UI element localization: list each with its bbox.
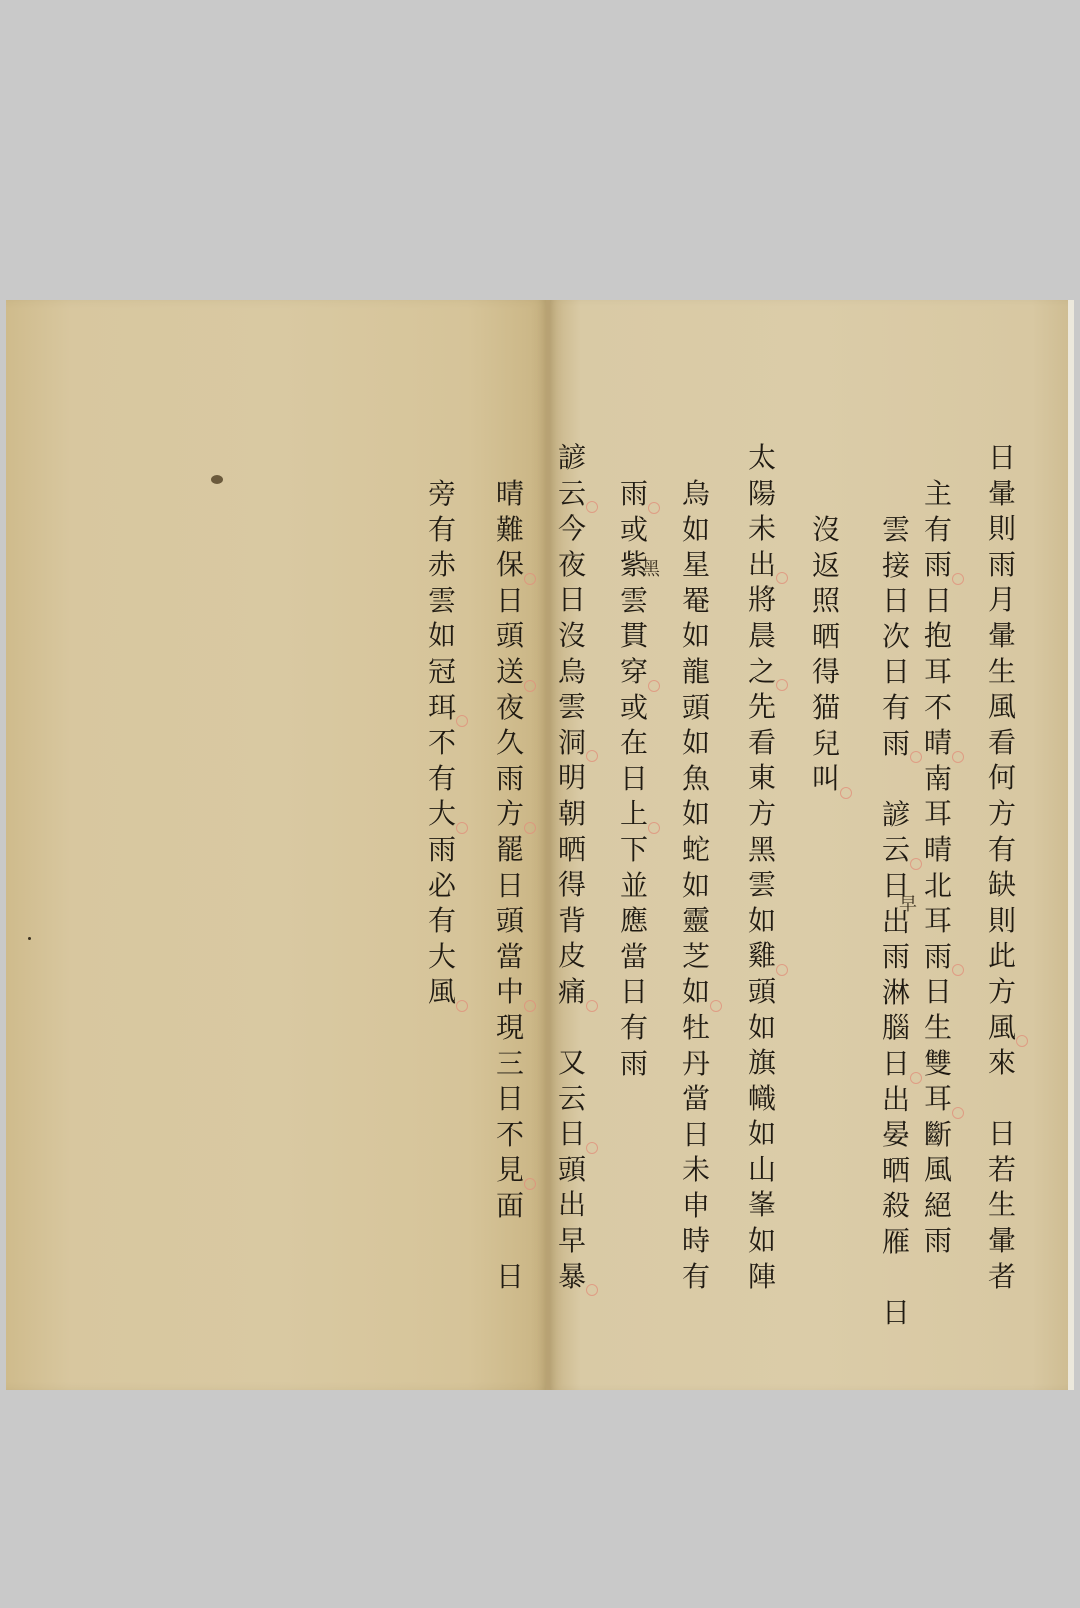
character: 不 — [924, 690, 952, 726]
character: 日 — [988, 1116, 1016, 1152]
character: 看 — [748, 725, 776, 761]
character: 得 — [812, 654, 840, 690]
punctuation-circle-icon — [648, 680, 660, 692]
text-column-right-1: 日暈則雨月暈生風看何方有缺則此方風來日若生暈者 — [982, 440, 1022, 1294]
character: 明 — [558, 760, 586, 796]
character: 旁 — [428, 476, 456, 512]
paper-speck — [28, 937, 31, 940]
character: 雨 — [924, 1223, 952, 1259]
character: 則 — [988, 511, 1016, 547]
character: 雙 — [924, 1046, 952, 1082]
character: 日 — [558, 582, 586, 618]
character: 背 — [558, 903, 586, 939]
character: 耳 — [924, 654, 952, 690]
character: 雞 — [748, 938, 776, 974]
character: 日 — [682, 1117, 710, 1153]
character: 黑 — [748, 832, 776, 868]
character: 日 — [558, 1116, 586, 1152]
character: 雨 — [620, 1046, 648, 1082]
character: 月 — [988, 582, 1016, 618]
character: 日 — [882, 654, 910, 690]
character: 赤 — [428, 547, 456, 583]
character: 洞 — [558, 725, 586, 761]
punctuation-circle-icon — [648, 502, 660, 514]
character: 日 — [988, 440, 1016, 476]
character: 峯 — [748, 1187, 776, 1223]
character: 罷 — [496, 832, 524, 868]
character: 晴 — [924, 725, 952, 761]
text-column-left-2: 旁有赤雲如冠珥不有大雨必有大風 — [422, 476, 462, 1010]
character: 若 — [988, 1152, 1016, 1188]
character: 未 — [682, 1152, 710, 1188]
text-column-right-2: 主有雨日抱耳不晴南耳晴北耳雨日生雙耳斷風絕雨 — [918, 476, 958, 1259]
annotation-zao: 早 — [899, 890, 917, 916]
character: 先 — [748, 689, 776, 725]
character: 雲 — [882, 512, 910, 548]
character: 應 — [620, 903, 648, 939]
character: 不 — [496, 1117, 524, 1153]
character: 又 — [558, 1045, 586, 1081]
character: 如 — [682, 512, 710, 548]
character: 風 — [924, 1152, 952, 1188]
text-column-right-8: 諺云今夜日沒烏雲洞明朝晒得背皮痛又云日頭出早暴 — [552, 440, 592, 1294]
character: 上 — [620, 796, 648, 832]
character: 有 — [988, 832, 1016, 868]
character: 返 — [812, 548, 840, 584]
punctuation-circle-icon — [710, 1000, 722, 1012]
character: 方 — [496, 796, 524, 832]
character: 沒 — [812, 512, 840, 548]
character: 雨 — [924, 547, 952, 583]
character: 出 — [748, 547, 776, 583]
character: 接 — [882, 548, 910, 584]
character: 當 — [620, 939, 648, 975]
punctuation-circle-icon — [776, 964, 788, 976]
character: 方 — [988, 796, 1016, 832]
character: 如 — [682, 796, 710, 832]
character: 牡 — [682, 1010, 710, 1046]
punctuation-circle-icon — [910, 1072, 922, 1084]
character: 當 — [682, 1081, 710, 1117]
character: 時 — [682, 1223, 710, 1259]
character: 日 — [882, 1295, 910, 1331]
character: 如 — [682, 618, 710, 654]
character: 或 — [620, 512, 648, 548]
character: 缺 — [988, 867, 1016, 903]
character: 雲 — [428, 583, 456, 619]
character: 雁 — [882, 1224, 910, 1260]
character: 山 — [748, 1152, 776, 1188]
character: 有 — [620, 1010, 648, 1046]
character: 日 — [496, 1081, 524, 1117]
character: 日 — [496, 583, 524, 619]
character: 沒 — [558, 618, 586, 654]
character: 方 — [988, 974, 1016, 1010]
character: 暈 — [988, 1223, 1016, 1259]
character: 次 — [882, 619, 910, 655]
character: 晒 — [558, 832, 586, 868]
character: 兒 — [812, 726, 840, 762]
character: 晏 — [882, 1117, 910, 1153]
character: 殺 — [882, 1188, 910, 1224]
character: 者 — [988, 1259, 1016, 1295]
character: 下 — [620, 832, 648, 868]
character: 頭 — [496, 903, 524, 939]
character: 如 — [748, 1223, 776, 1259]
punctuation-circle-icon — [1016, 1035, 1028, 1047]
character: 陽 — [748, 476, 776, 512]
character: 暈 — [988, 618, 1016, 654]
character: 將 — [748, 582, 776, 618]
character: 如 — [682, 725, 710, 761]
character: 星 — [682, 547, 710, 583]
character: 日 — [496, 868, 524, 904]
punctuation-circle-icon — [524, 822, 536, 834]
character: 日 — [496, 1259, 524, 1295]
annotation-hei: 黑 — [642, 555, 660, 581]
character: 雲 — [558, 689, 586, 725]
character: 諺 — [882, 797, 910, 833]
punctuation-circle-icon — [952, 1107, 964, 1119]
character: 烏 — [682, 476, 710, 512]
character: 芝 — [682, 939, 710, 975]
character: 云 — [558, 1081, 586, 1117]
character: 雨 — [988, 547, 1016, 583]
character: 看 — [988, 725, 1016, 761]
character: 雨 — [882, 726, 910, 762]
character: 貫 — [620, 618, 648, 654]
character: 三 — [496, 1046, 524, 1082]
character: 耳 — [924, 796, 952, 832]
punctuation-circle-icon — [648, 822, 660, 834]
book-spread: 日暈則雨月暈生風看何方有缺則此方風來日若生暈者 主有雨日抱耳不晴南耳晴北耳雨日生… — [6, 300, 1074, 1390]
punctuation-circle-icon — [586, 1000, 598, 1012]
character: 如 — [748, 1010, 776, 1046]
character: 送 — [496, 654, 524, 690]
character: 云 — [882, 832, 910, 868]
character: 抱 — [924, 618, 952, 654]
character: 絕 — [924, 1188, 952, 1224]
character: 陣 — [748, 1259, 776, 1295]
character: 諺 — [558, 440, 586, 476]
character: 穿 — [620, 654, 648, 690]
character: 風 — [428, 974, 456, 1010]
text-column-right-6: 烏如星罨如龍頭如魚如蛇如靈芝如牡丹當日未申時有 — [676, 476, 716, 1295]
character: 雨 — [496, 761, 524, 797]
character: 出 — [882, 1082, 910, 1118]
character: 幟 — [748, 1081, 776, 1117]
character: 耳 — [924, 903, 952, 939]
character: 難 — [496, 512, 524, 548]
character: 日 — [924, 583, 952, 619]
character: 有 — [882, 690, 910, 726]
character: 猫 — [812, 690, 840, 726]
character: 面 — [496, 1188, 524, 1224]
character: 日 — [620, 761, 648, 797]
character: 頭 — [496, 618, 524, 654]
character: 晴 — [924, 832, 952, 868]
punctuation-circle-icon — [952, 573, 964, 585]
character: 不 — [428, 725, 456, 761]
character: 或 — [620, 690, 648, 726]
character: 耳 — [924, 1081, 952, 1117]
character: 暴 — [558, 1259, 586, 1295]
character: 日 — [620, 974, 648, 1010]
punctuation-circle-icon — [840, 787, 852, 799]
character: 雲 — [748, 867, 776, 903]
character: 生 — [988, 654, 1016, 690]
character: 雲 — [620, 583, 648, 619]
character: 大 — [428, 796, 456, 832]
punctuation-circle-icon — [952, 751, 964, 763]
character: 夜 — [496, 690, 524, 726]
character: 云 — [558, 476, 586, 512]
character: 魚 — [682, 761, 710, 797]
character: 日 — [882, 1046, 910, 1082]
character: 朝 — [558, 796, 586, 832]
character: 在 — [620, 725, 648, 761]
character: 太 — [748, 440, 776, 476]
character: 痛 — [558, 974, 586, 1010]
character: 有 — [428, 903, 456, 939]
character: 早 — [558, 1223, 586, 1259]
character: 當 — [496, 939, 524, 975]
character: 皮 — [558, 938, 586, 974]
character: 有 — [428, 761, 456, 797]
character: 何 — [988, 760, 1016, 796]
character: 如 — [748, 1116, 776, 1152]
text-column-right-4: 沒返照晒得猫兒叫 — [806, 512, 846, 797]
character: 雨 — [620, 476, 648, 512]
character: 有 — [924, 512, 952, 548]
character: 晒 — [812, 619, 840, 655]
character: 雨 — [882, 939, 910, 975]
character: 頭 — [682, 690, 710, 726]
character: 此 — [988, 938, 1016, 974]
character: 之 — [748, 654, 776, 690]
character: 冠 — [428, 654, 456, 690]
character: 出 — [558, 1187, 586, 1223]
character: 晨 — [748, 618, 776, 654]
character: 申 — [682, 1188, 710, 1224]
punctuation-circle-icon — [456, 822, 468, 834]
character: 北 — [924, 868, 952, 904]
character: 旗 — [748, 1045, 776, 1081]
character: 來 — [988, 1045, 1016, 1081]
character: 雨 — [924, 939, 952, 975]
character: 有 — [428, 512, 456, 548]
character: 主 — [924, 476, 952, 512]
character: 如 — [428, 618, 456, 654]
page-edge — [1068, 300, 1074, 1390]
character: 生 — [988, 1187, 1016, 1223]
character: 生 — [924, 1010, 952, 1046]
character: 見 — [496, 1152, 524, 1188]
character: 珥 — [428, 690, 456, 726]
character: 得 — [558, 867, 586, 903]
character: 日 — [882, 583, 910, 619]
character: 中 — [496, 974, 524, 1010]
character: 必 — [428, 868, 456, 904]
character: 南 — [924, 761, 952, 797]
character: 靈 — [682, 903, 710, 939]
text-column-left-1: 晴難保日頭送夜久雨方罷日頭當中現三日不見面日 — [490, 476, 530, 1295]
character: 方 — [748, 796, 776, 832]
paper-stain — [211, 475, 223, 484]
punctuation-circle-icon — [524, 680, 536, 692]
character: 晒 — [882, 1153, 910, 1189]
character: 頭 — [748, 974, 776, 1010]
character: 今 — [558, 511, 586, 547]
character: 日 — [924, 974, 952, 1010]
character: 久 — [496, 725, 524, 761]
text-column-right-5: 太陽未出將晨之先看東方黑雲如雞頭如旗幟如山峯如陣 — [742, 440, 782, 1294]
character: 叫 — [812, 761, 840, 797]
punctuation-circle-icon — [456, 1000, 468, 1012]
character: 保 — [496, 547, 524, 583]
character: 如 — [748, 903, 776, 939]
character: 腦 — [882, 1010, 910, 1046]
character: 斷 — [924, 1117, 952, 1153]
character: 東 — [748, 760, 776, 796]
character: 晴 — [496, 476, 524, 512]
character: 烏 — [558, 654, 586, 690]
character: 照 — [812, 583, 840, 619]
left-page — [6, 300, 549, 1390]
character: 龍 — [682, 654, 710, 690]
punctuation-circle-icon — [910, 858, 922, 870]
character: 丹 — [682, 1046, 710, 1082]
punctuation-circle-icon — [524, 1178, 536, 1190]
character: 則 — [988, 903, 1016, 939]
character: 並 — [620, 868, 648, 904]
character: 蛇 — [682, 832, 710, 868]
character: 雨 — [428, 832, 456, 868]
punctuation-circle-icon — [524, 573, 536, 585]
character: 現 — [496, 1010, 524, 1046]
character: 未 — [748, 511, 776, 547]
character: 大 — [428, 939, 456, 975]
text-column-right-3: 雲接日次日有雨諺云日出雨淋腦日出晏晒殺雁日 — [876, 512, 916, 1331]
character: 頭 — [558, 1152, 586, 1188]
character: 有 — [682, 1259, 710, 1295]
character: 夜 — [558, 547, 586, 583]
book-spine — [546, 300, 550, 1390]
character: 淋 — [882, 975, 910, 1011]
character: 罨 — [682, 583, 710, 619]
character: 風 — [988, 1010, 1016, 1046]
character: 暈 — [988, 476, 1016, 512]
character: 風 — [988, 689, 1016, 725]
character: 如 — [682, 868, 710, 904]
punctuation-circle-icon — [586, 1142, 598, 1154]
character: 如 — [682, 974, 710, 1010]
punctuation-circle-icon — [524, 1000, 536, 1012]
